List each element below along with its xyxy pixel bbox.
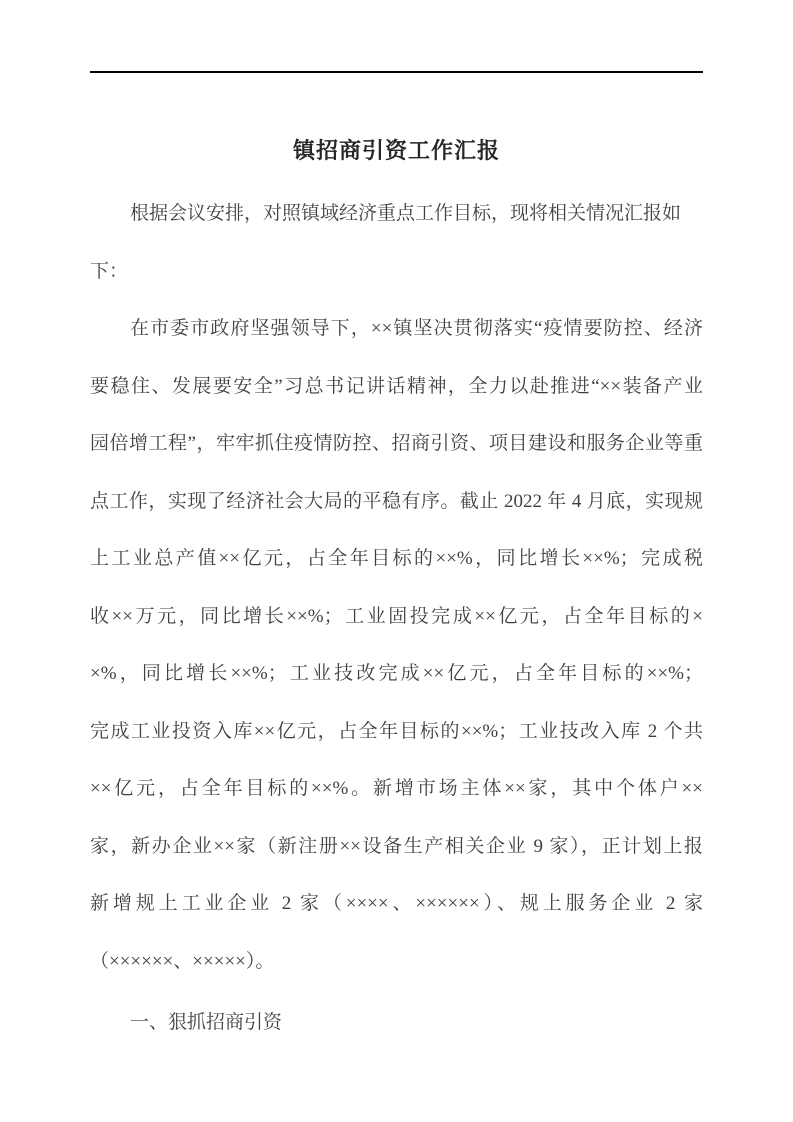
document-content: 镇招商引资工作汇报 根据会议安排，对照镇域经济重点工作目标，现将相关情况汇报如下…	[90, 71, 703, 1052]
text-line: 园倍增工程”，牢牢抓住疫情防控、招商引资、项目建设和服务企业等重	[90, 415, 703, 473]
document-page: 镇招商引资工作汇报 根据会议安排，对照镇域经济重点工作目标，现将相关情况汇报如下…	[0, 0, 793, 1122]
text-line: （××××××、×××××）。	[90, 933, 703, 991]
header-rule	[90, 71, 703, 73]
text-line: ××亿元，占全年目标的××%。新增市场主体××家，其中个体户××	[90, 760, 703, 818]
section-heading: 一、狠抓招商引资	[90, 994, 703, 1052]
text-line: 根据会议安排，对照镇域经济重点工作目标，现将相关情况汇报如下：	[90, 185, 703, 300]
text-line: 一、狠抓招商引资	[90, 994, 703, 1052]
text-line: 点工作，实现了经济社会大局的平稳有序。截止 2022 年 4 月底，实现规	[90, 473, 703, 531]
text-line: 在市委市政府坚强领导下，××镇坚决贯彻落实“疫情要防控、经济	[90, 300, 703, 358]
text-line: 家，新办企业××家（新注册××设备生产相关企业 9 家），正计划上报	[90, 818, 703, 876]
paragraph: 在市委市政府坚强领导下，××镇坚决贯彻落实“疫情要防控、经济要稳住、发展要安全”…	[90, 300, 703, 990]
text-line: 收××万元，同比增长××%；工业固投完成××亿元，占全年目标的×	[90, 588, 703, 646]
text-line: 完成工业投资入库××亿元，占全年目标的××%；工业技改入库 2 个共	[90, 703, 703, 761]
paragraph: 根据会议安排，对照镇域经济重点工作目标，现将相关情况汇报如下：	[90, 185, 703, 300]
document-body: 根据会议安排，对照镇域经济重点工作目标，现将相关情况汇报如下：在市委市政府坚强领…	[90, 185, 703, 1052]
document-title: 镇招商引资工作汇报	[90, 133, 703, 169]
text-line: 新增规上工业企业 2 家（××××、××××××）、规上服务企业 2 家	[90, 875, 703, 933]
text-line: 要稳住、发展要安全”习总书记讲话精神，全力以赴推进“××装备产业	[90, 358, 703, 416]
text-line: 上工业总产值××亿元，占全年目标的××%，同比增长××%；完成税	[90, 530, 703, 588]
text-line: ×%，同比增长××%；工业技改完成××亿元，占全年目标的××%；	[90, 645, 703, 703]
